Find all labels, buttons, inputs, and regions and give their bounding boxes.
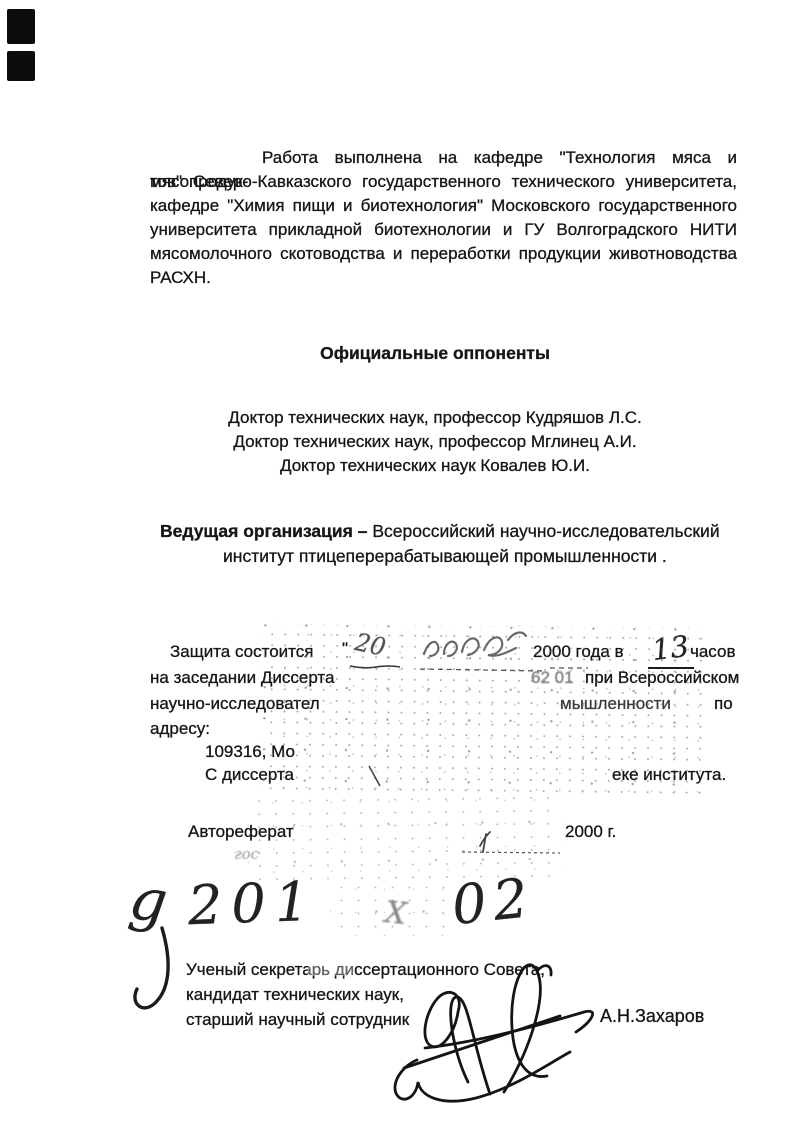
opponent-line-2: Доктор технических наук, профессор Мглин… <box>150 430 720 454</box>
defense-open-quote: " <box>342 637 348 661</box>
defense-line2-left: на заседании Диссерта <box>150 666 334 690</box>
footer-position-line: старший научный сотрудник <box>186 1008 409 1032</box>
defense-library-right: еке института. <box>612 763 726 787</box>
paragraph-line: тов" Северо-Кавказского государственного… <box>150 170 737 194</box>
scan-artifact-mark-bottom <box>7 51 35 81</box>
month-scrawl <box>424 633 526 656</box>
paragraph-line: Работа выполнена на кафедре "Технология … <box>150 146 737 170</box>
avtoref-hw-tick <box>480 832 490 852</box>
defense-hours-word: часов <box>690 640 736 664</box>
paragraph-line: мясомолочного скотоводства и переработки… <box>150 242 737 266</box>
signature-scribble <box>395 965 593 1101</box>
leading-org-line-2: институт птицеперерабатывающей промышлен… <box>223 546 667 567</box>
opponent-line-1: Доктор технических наук, профессор Кудря… <box>150 406 720 430</box>
handwritten-code-02: 02 <box>449 866 538 937</box>
defense-line1-start: Защита состоится <box>170 640 313 664</box>
month-underline <box>420 669 545 671</box>
scan-artifact-mark-top <box>7 9 35 44</box>
footer-secretary-line: Ученый секретарь диссертационного Совета… <box>186 958 545 982</box>
avtoref-year: 2000 г. <box>565 820 616 844</box>
leading-org-label: Ведущая организация – <box>160 521 367 541</box>
code-g-tail <box>135 928 168 1008</box>
day-underline <box>350 666 400 668</box>
defense-line3-fragment: мышленности <box>560 692 671 716</box>
handwritten-hour: 13 <box>650 629 691 667</box>
paragraph-line: РАСХН. <box>150 266 737 290</box>
handwritten-day: 20 <box>352 628 388 662</box>
defense-address-label: адресу: <box>150 717 210 741</box>
paragraph-work-performed: Работа выполнена на кафедре "Технология … <box>150 146 737 290</box>
paragraph-line: университета прикладной биотехнологии и … <box>150 218 737 242</box>
secretary-name: А.Н.Захаров <box>600 1006 704 1027</box>
handwritten-code-g: g <box>125 864 171 937</box>
paragraph-line: кафедре "Химия пищи и биотехнология" Мос… <box>150 194 737 218</box>
defense-line3-right: по <box>714 692 733 716</box>
handwritten-faint-note: гос <box>234 845 259 863</box>
defense-line2-right: при Всероссийском <box>585 666 739 690</box>
stray-pen-mark <box>369 766 380 786</box>
defense-address-line: 109316, Мо <box>205 740 295 764</box>
defense-library-left: С диссерта <box>205 763 294 787</box>
handwritten-code-201: 201 <box>187 870 319 938</box>
avtoref-label: Автореферат <box>188 820 294 844</box>
opponents-heading: Официальные оппоненты <box>150 343 720 364</box>
leading-org-rest: Всероссийский научно-исследовательский <box>367 521 719 541</box>
avtoref-underline <box>462 852 560 853</box>
footer-degree-line: кандидат технических наук, <box>186 983 404 1007</box>
scanned-document-page: Работа выполнена на кафедре "Технология … <box>0 0 798 1132</box>
defense-year-part: 2000 года в <box>533 640 624 664</box>
leading-org-line-1: Ведущая организация – Всероссийский науч… <box>160 521 720 542</box>
opponent-line-3: Доктор технических наук Ковалев Ю.И. <box>150 454 720 478</box>
handwritten-code-x: X <box>383 895 408 932</box>
defense-line2-fragment: 62 01 <box>531 666 574 690</box>
defense-line3-left: научно-исследовател <box>150 692 320 716</box>
